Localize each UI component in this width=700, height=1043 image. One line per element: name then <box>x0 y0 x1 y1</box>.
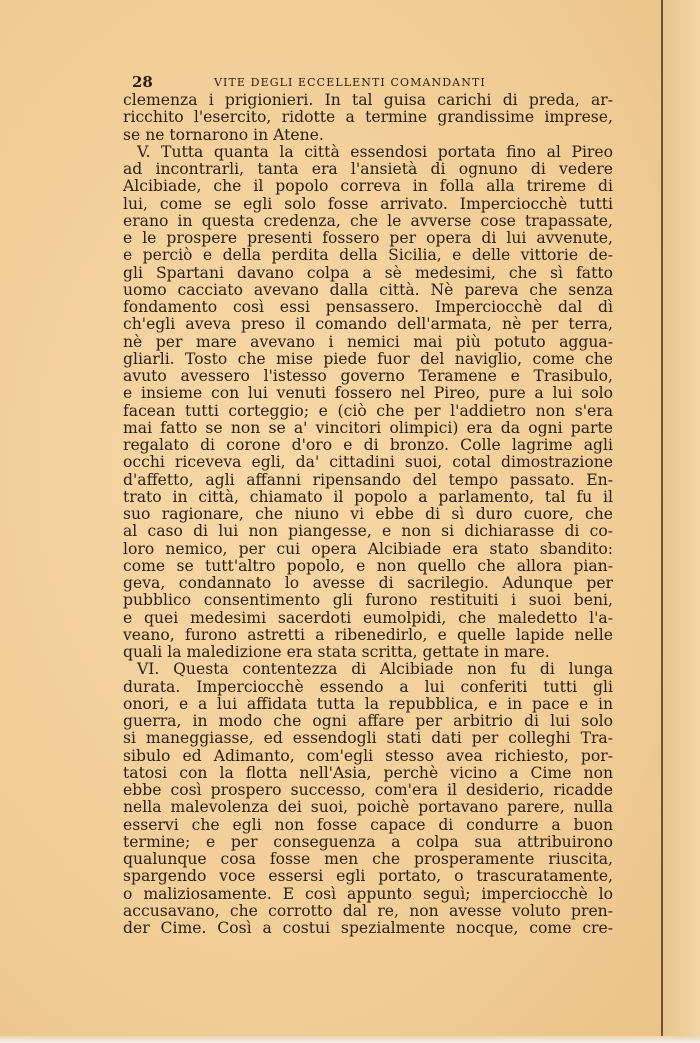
body-text: clemenza i prigionieri. In tal guisa car… <box>123 92 613 937</box>
text-line: termine; e per conseguenza a colpa sua a… <box>123 834 613 851</box>
paragraph-start-line: V. Tutta quanta la città essendosi porta… <box>123 144 613 161</box>
text-line: uomo cacciato avevano dalla città. Nè pa… <box>123 282 613 299</box>
text-line: spargendo voce essersi egli portato, o t… <box>123 868 613 885</box>
text-line: mai fatto se non se a' vincitori olimpic… <box>123 420 613 437</box>
text-line: fondamento così essi pensassero. Imperci… <box>123 299 613 316</box>
text-line: e insieme con lui venuti fossero nel Pir… <box>123 385 613 402</box>
text-line: geva, condannato lo avesse di sacrilegio… <box>123 575 613 592</box>
paragraph-start-line: VI. Questa contentezza di Alcibiade non … <box>123 661 613 678</box>
text-line: ad incontrarli, tanta era l'ansietà di o… <box>123 161 613 178</box>
text-line: lui, come se egli solo fosse arrivato. I… <box>123 196 613 213</box>
text-line: ch'egli aveva preso il comando dell'arma… <box>123 316 613 333</box>
text-line: Alcibiade, che il popolo correva in foll… <box>123 178 613 195</box>
text-line: ebbe così prospero successo, com'era il … <box>123 782 613 799</box>
text-line: ricchito l'esercito, ridotte a termine g… <box>123 109 613 126</box>
text-line: suo ragionare, che niuno vi ebbe di sì d… <box>123 506 613 523</box>
text-line: o maliziosamente. E così appunto seguì; … <box>123 886 613 903</box>
text-line: se ne tornarono in Atene. <box>123 127 613 144</box>
text-line: qualunque cosa fosse men che prosperamen… <box>123 851 613 868</box>
facing-page-edge <box>663 0 700 1038</box>
text-line: der Cime. Così a costui spezialmente noc… <box>123 920 613 937</box>
text-line: e quei medesimi sacerdoti eumolpidi, che… <box>123 610 613 627</box>
text-line: regalato di corone d'oro e di bronzo. Co… <box>123 437 613 454</box>
running-head-title: VITE DEGLI ECCELLENTI COMANDANTI <box>214 76 486 89</box>
text-line: accusavano, che corrotto dal re, non ave… <box>123 903 613 920</box>
text-line: onori, e a lui affidata tutta la repubbl… <box>123 696 613 713</box>
text-line: clemenza i prigionieri. In tal guisa car… <box>123 92 613 109</box>
text-line: esservi che egli non fosse capace di con… <box>123 817 613 834</box>
text-line: tatosi con la flotta nell'Asia, perchè v… <box>123 765 613 782</box>
text-line: gliarli. Tosto che mise piede fuor del n… <box>123 351 613 368</box>
text-line: quali la maledizione era stata scritta, … <box>123 644 613 661</box>
text-line: pubblico consentimento gli furono restit… <box>123 592 613 609</box>
text-line: e le prospere presenti fossero per opera… <box>123 230 613 247</box>
text-line: guerra, in modo che ogni affare per arbi… <box>123 713 613 730</box>
text-line: al caso di lui non piangesse, e non si d… <box>123 523 613 540</box>
text-line: erano in questa credenza, che le avverse… <box>123 213 613 230</box>
text-line: e perciò e della perdita della Sicilia, … <box>123 247 613 264</box>
text-line: veano, furono astretti a ribenedirlo, e … <box>123 627 613 644</box>
text-line: trato in città, chiamato il popolo a par… <box>123 489 613 506</box>
text-line: durata. Imperciocchè essendo a lui confe… <box>123 679 613 696</box>
text-line: loro nemico, per cui opera Alcibiade era… <box>123 541 613 558</box>
text-line: nella malevolenza dei suoi, poichè porta… <box>123 799 613 816</box>
running-head: 28 VITE DEGLI ECCELLENTI COMANDANTI <box>132 73 552 91</box>
text-line: occhi riceveva egli, da' cittadini suoi,… <box>123 454 613 471</box>
text-line: sibulo ed Adimanto, com'egli stesso avea… <box>123 748 613 765</box>
text-line: avuto avessero l'istesso governo Teramen… <box>123 368 613 385</box>
text-line: si maneggiasse, ed essendogli stati dati… <box>123 730 613 747</box>
page-bottom-edge <box>0 1036 700 1043</box>
text-line: nè per mare avevano i nemici mai più pot… <box>123 334 613 351</box>
page-number: 28 <box>132 73 153 91</box>
text-line: come se tutt'altro popolo, e non quello … <box>123 558 613 575</box>
text-line: facean tutti corteggio; e (ciò che per l… <box>123 403 613 420</box>
text-line: d'affetto, agli affanni ripensando del t… <box>123 472 613 489</box>
text-line: gli Spartani davano colpa a sè medesimi,… <box>123 265 613 282</box>
